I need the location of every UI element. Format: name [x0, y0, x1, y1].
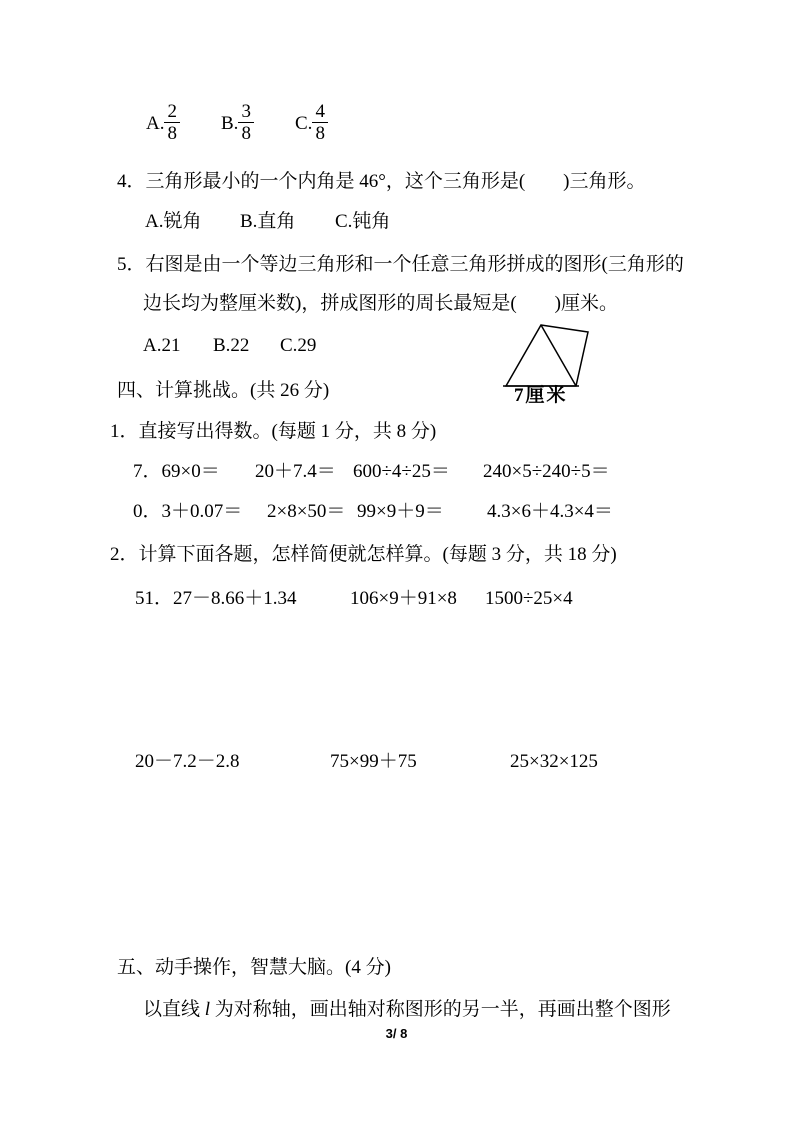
q5-triangles-figure — [492, 315, 602, 393]
question-5-line2: 边长均为整厘米数)，拼成图形的周长最短是( )厘米。 — [143, 293, 618, 315]
q4-option-a: A.锐角 — [145, 211, 201, 233]
simplify-problem: 106×9＋91×8 — [350, 588, 457, 610]
q3-option-a-fraction: 28 — [164, 101, 180, 144]
q3-option-a-label: A. — [146, 113, 164, 134]
simplify-problem: 20－7.2－2.8 — [135, 751, 240, 773]
fraction-denominator: 8 — [238, 123, 254, 144]
triangle-diagonal — [541, 325, 576, 386]
instruction-prefix: 以直线 — [143, 999, 205, 1020]
q3-option-c-label: C. — [295, 113, 312, 134]
simplify-problem: 75×99＋75 — [330, 751, 417, 773]
calc-problem: 600÷4÷25＝ — [353, 461, 450, 483]
q3-option-b-fraction: 38 — [238, 101, 254, 144]
simplify-problem: 51．27－8.66＋1.34 — [135, 588, 297, 610]
section-5-heading: 五、动手操作，智慧大脑。(4 分) — [117, 957, 391, 979]
section-4-sub1-heading: 1．直接写出得数。(每题 1 分，共 8 分) — [110, 421, 436, 443]
q5-option-c: C.29 — [280, 335, 316, 357]
q3-option-a: A.28 — [146, 104, 180, 144]
q3-option-c: C.48 — [295, 104, 328, 144]
figure-base-label: 7厘米 — [514, 385, 568, 407]
fraction-numerator: 4 — [312, 101, 328, 123]
calc-problem: 7．69×0＝ — [133, 461, 220, 483]
section-4-heading: 四、计算挑战。(共 26 分) — [117, 380, 329, 402]
section-5-instruction: 以直线 l 为对称轴，画出轴对称图形的另一半，再画出整个图形 — [143, 999, 671, 1021]
instruction-suffix: 为对称轴，画出轴对称图形的另一半，再画出整个图形 — [210, 999, 671, 1020]
fraction-numerator: 3 — [238, 101, 254, 123]
q4-option-b: B.直角 — [240, 211, 295, 233]
page-number: 3/ 8 — [0, 1026, 793, 1041]
simplify-problem: 1500÷25×4 — [485, 588, 573, 610]
test-paper-page: A.28 B.38 C.48 4．三角形最小的一个内角是 46°，这个三角形是(… — [0, 0, 793, 1122]
calc-problem: 0．3＋0.07＝ — [133, 501, 242, 523]
calc-problem: 4.3×6＋4.3×4＝ — [487, 501, 613, 523]
fraction-denominator: 8 — [164, 123, 180, 144]
calc-problem: 20＋7.4＝ — [255, 461, 336, 483]
calc-problem: 99×9＋9＝ — [357, 501, 444, 523]
q3-option-c-fraction: 48 — [312, 101, 328, 144]
section-4-sub2-heading: 2．计算下面各题，怎样简便就怎样算。(每题 3 分，共 18 分) — [110, 544, 617, 566]
q5-option-b: B.22 — [213, 335, 249, 357]
fraction-numerator: 2 — [164, 101, 180, 123]
question-4-text: 4．三角形最小的一个内角是 46°，这个三角形是( )三角形。 — [117, 171, 646, 193]
calc-problem: 240×5÷240÷5＝ — [483, 461, 610, 483]
q3-option-b: B.38 — [221, 104, 254, 144]
q5-option-a: A.21 — [143, 335, 180, 357]
q3-option-b-label: B. — [221, 113, 238, 134]
simplify-problem: 25×32×125 — [510, 751, 598, 773]
calc-problem: 2×8×50＝ — [267, 501, 345, 523]
q4-option-c: C.钝角 — [335, 211, 390, 233]
question-5-line1: 5．右图是由一个等边三角形和一个任意三角形拼成的图形(三角形的 — [117, 254, 684, 276]
fraction-denominator: 8 — [312, 123, 328, 144]
